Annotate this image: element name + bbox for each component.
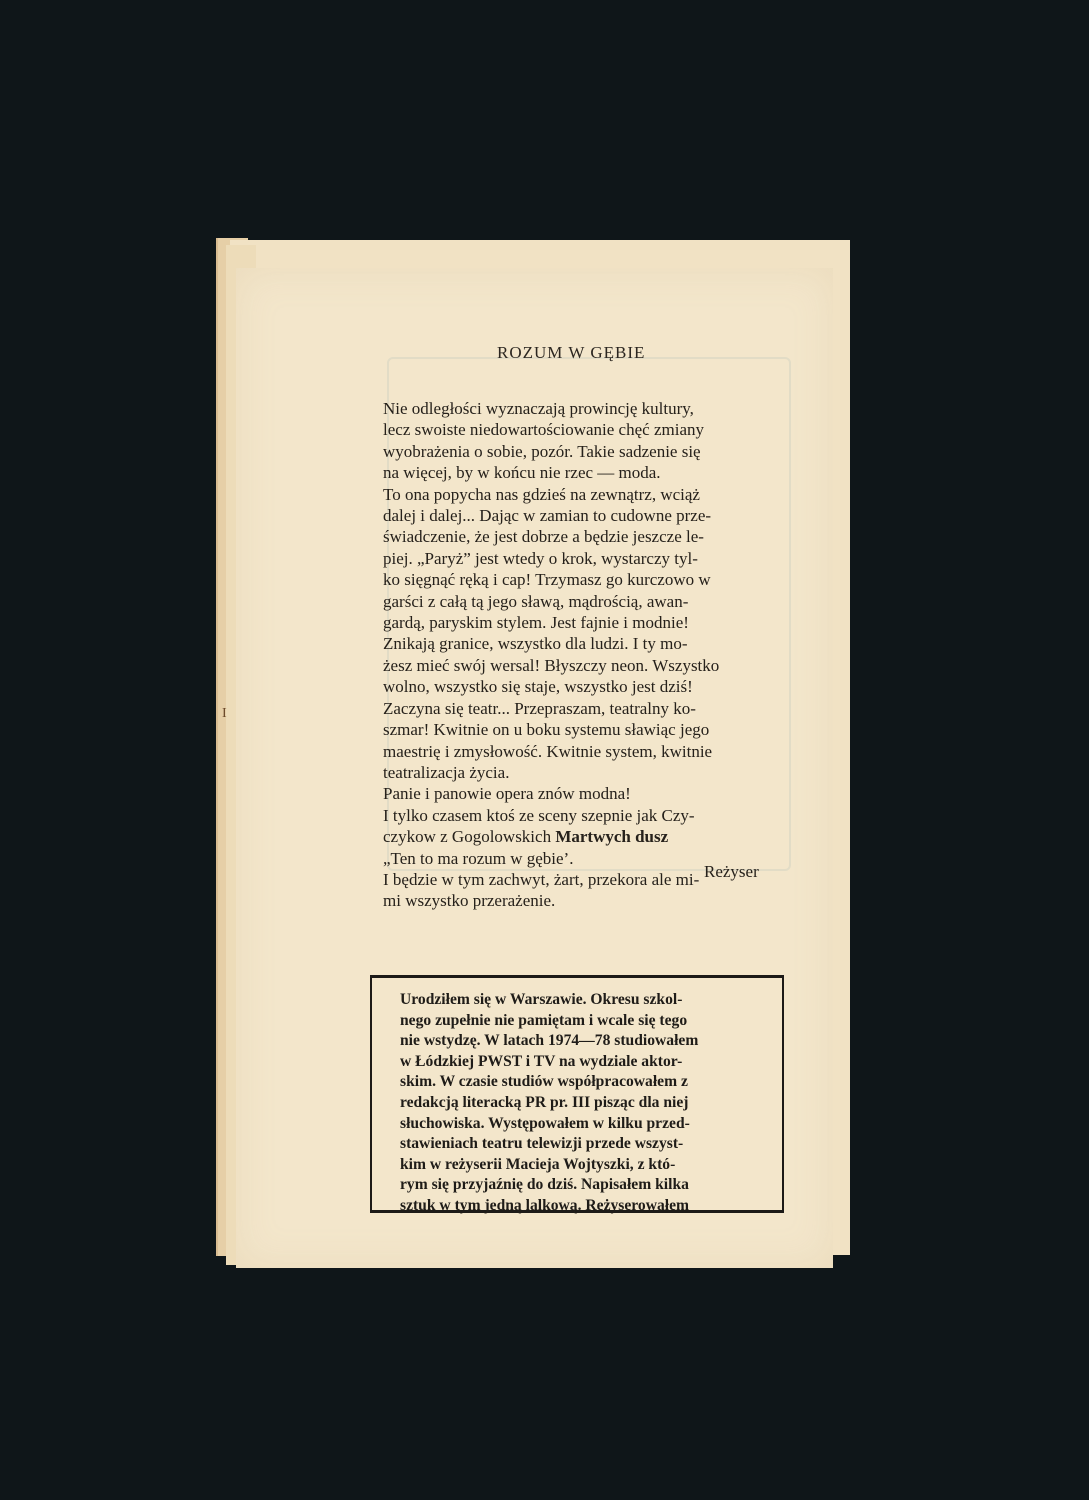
bio-line: słuchowiska. Występowałem w kilku przed-	[400, 1114, 772, 1135]
essay-line: gardą, paryskim stylem. Jest fajnie i mo…	[383, 612, 793, 633]
essay-line: Nie odległości wyznaczają prowincję kult…	[383, 398, 793, 419]
bio-text: Urodziłem się w Warszawie. Okresu szkol-…	[400, 990, 772, 1217]
bio-line: redakcją literacką PR pr. III pisząc dla…	[400, 1093, 772, 1114]
page-title: ROZUM W GĘBIE	[497, 343, 645, 363]
essay-line: na więcej, by w końcu nie rzec — moda.	[383, 462, 793, 483]
essay-line: maestrię i zmysłowość. Kwitnie system, k…	[383, 741, 793, 762]
essay-line: czykow z Gogolowskich Martwych dusz	[383, 826, 793, 847]
essay-line: piej. „Paryż” jest wtedy o krok, wystarc…	[383, 548, 793, 569]
bio-line: kim w reżyserii Macieja Wojtyszki, z któ…	[400, 1155, 772, 1176]
bio-line: Urodziłem się w Warszawie. Okresu szkol-	[400, 990, 772, 1011]
bio-line: nie wstydzę. W latach 1974—78 studiowałe…	[400, 1031, 772, 1052]
essay-line: mi wszystko przerażenie.	[383, 890, 793, 911]
essay-line: I tylko czasem ktoś ze sceny szepnie jak…	[383, 805, 793, 826]
essay-line: dalej i dalej... Dając w zamian to cudow…	[383, 505, 793, 526]
essay-line: teatralizacja życia.	[383, 762, 793, 783]
essay-line: wyobrażenia o sobie, pozór. Takie sadzen…	[383, 441, 793, 462]
essay-line: Zaczyna się teatr... Przepraszam, teatra…	[383, 698, 793, 719]
bio-line: sztuk w tym jedną lalkową. Reżyserowałem	[400, 1196, 772, 1217]
essay-body: Nie odległości wyznaczają prowincję kult…	[383, 398, 793, 912]
margin-mark: I	[222, 706, 227, 722]
essay-line: To ona popycha nas gdzieś na zewnątrz, w…	[383, 484, 793, 505]
essay-line: świadczenie, że jest dobrze a będzie jes…	[383, 526, 793, 547]
bio-line: skim. W czasie studiów współpracowałem z	[400, 1072, 772, 1093]
bio-line: nego zupełnie nie pamiętam i wcale się t…	[400, 1011, 772, 1032]
bio-line: rym się przyjaźnię do dziś. Napisałem ki…	[400, 1175, 772, 1196]
essay-text: czykow z Gogolowskich	[383, 827, 555, 846]
essay-line: Znikają granice, wszystko dla ludzi. I t…	[383, 633, 793, 654]
essay-line: garści z całą tą jego sławą, mądrością, …	[383, 591, 793, 612]
essay-line: Panie i panowie opera znów modna!	[383, 783, 793, 804]
essay-line: szmar! Kwitnie on u boku systemu sławiąc…	[383, 719, 793, 740]
essay-line: wolno, wszystko się staje, wszystko jest…	[383, 676, 793, 697]
book-title: Martwych dusz	[555, 827, 668, 846]
essay-line: lecz swoiste niedowartościowanie chęć zm…	[383, 419, 793, 440]
essay-line: ko sięgnąć ręką i cap! Trzymasz go kurcz…	[383, 569, 793, 590]
bio-line: stawieniach teatru telewizji przede wszy…	[400, 1134, 772, 1155]
essay-line: żesz mieć swój wersal! Błyszczy neon. Ws…	[383, 655, 793, 676]
bio-line: w Łódzkiej PWST i TV na wydziale aktor-	[400, 1052, 772, 1073]
signature: Reżyser	[704, 862, 759, 882]
